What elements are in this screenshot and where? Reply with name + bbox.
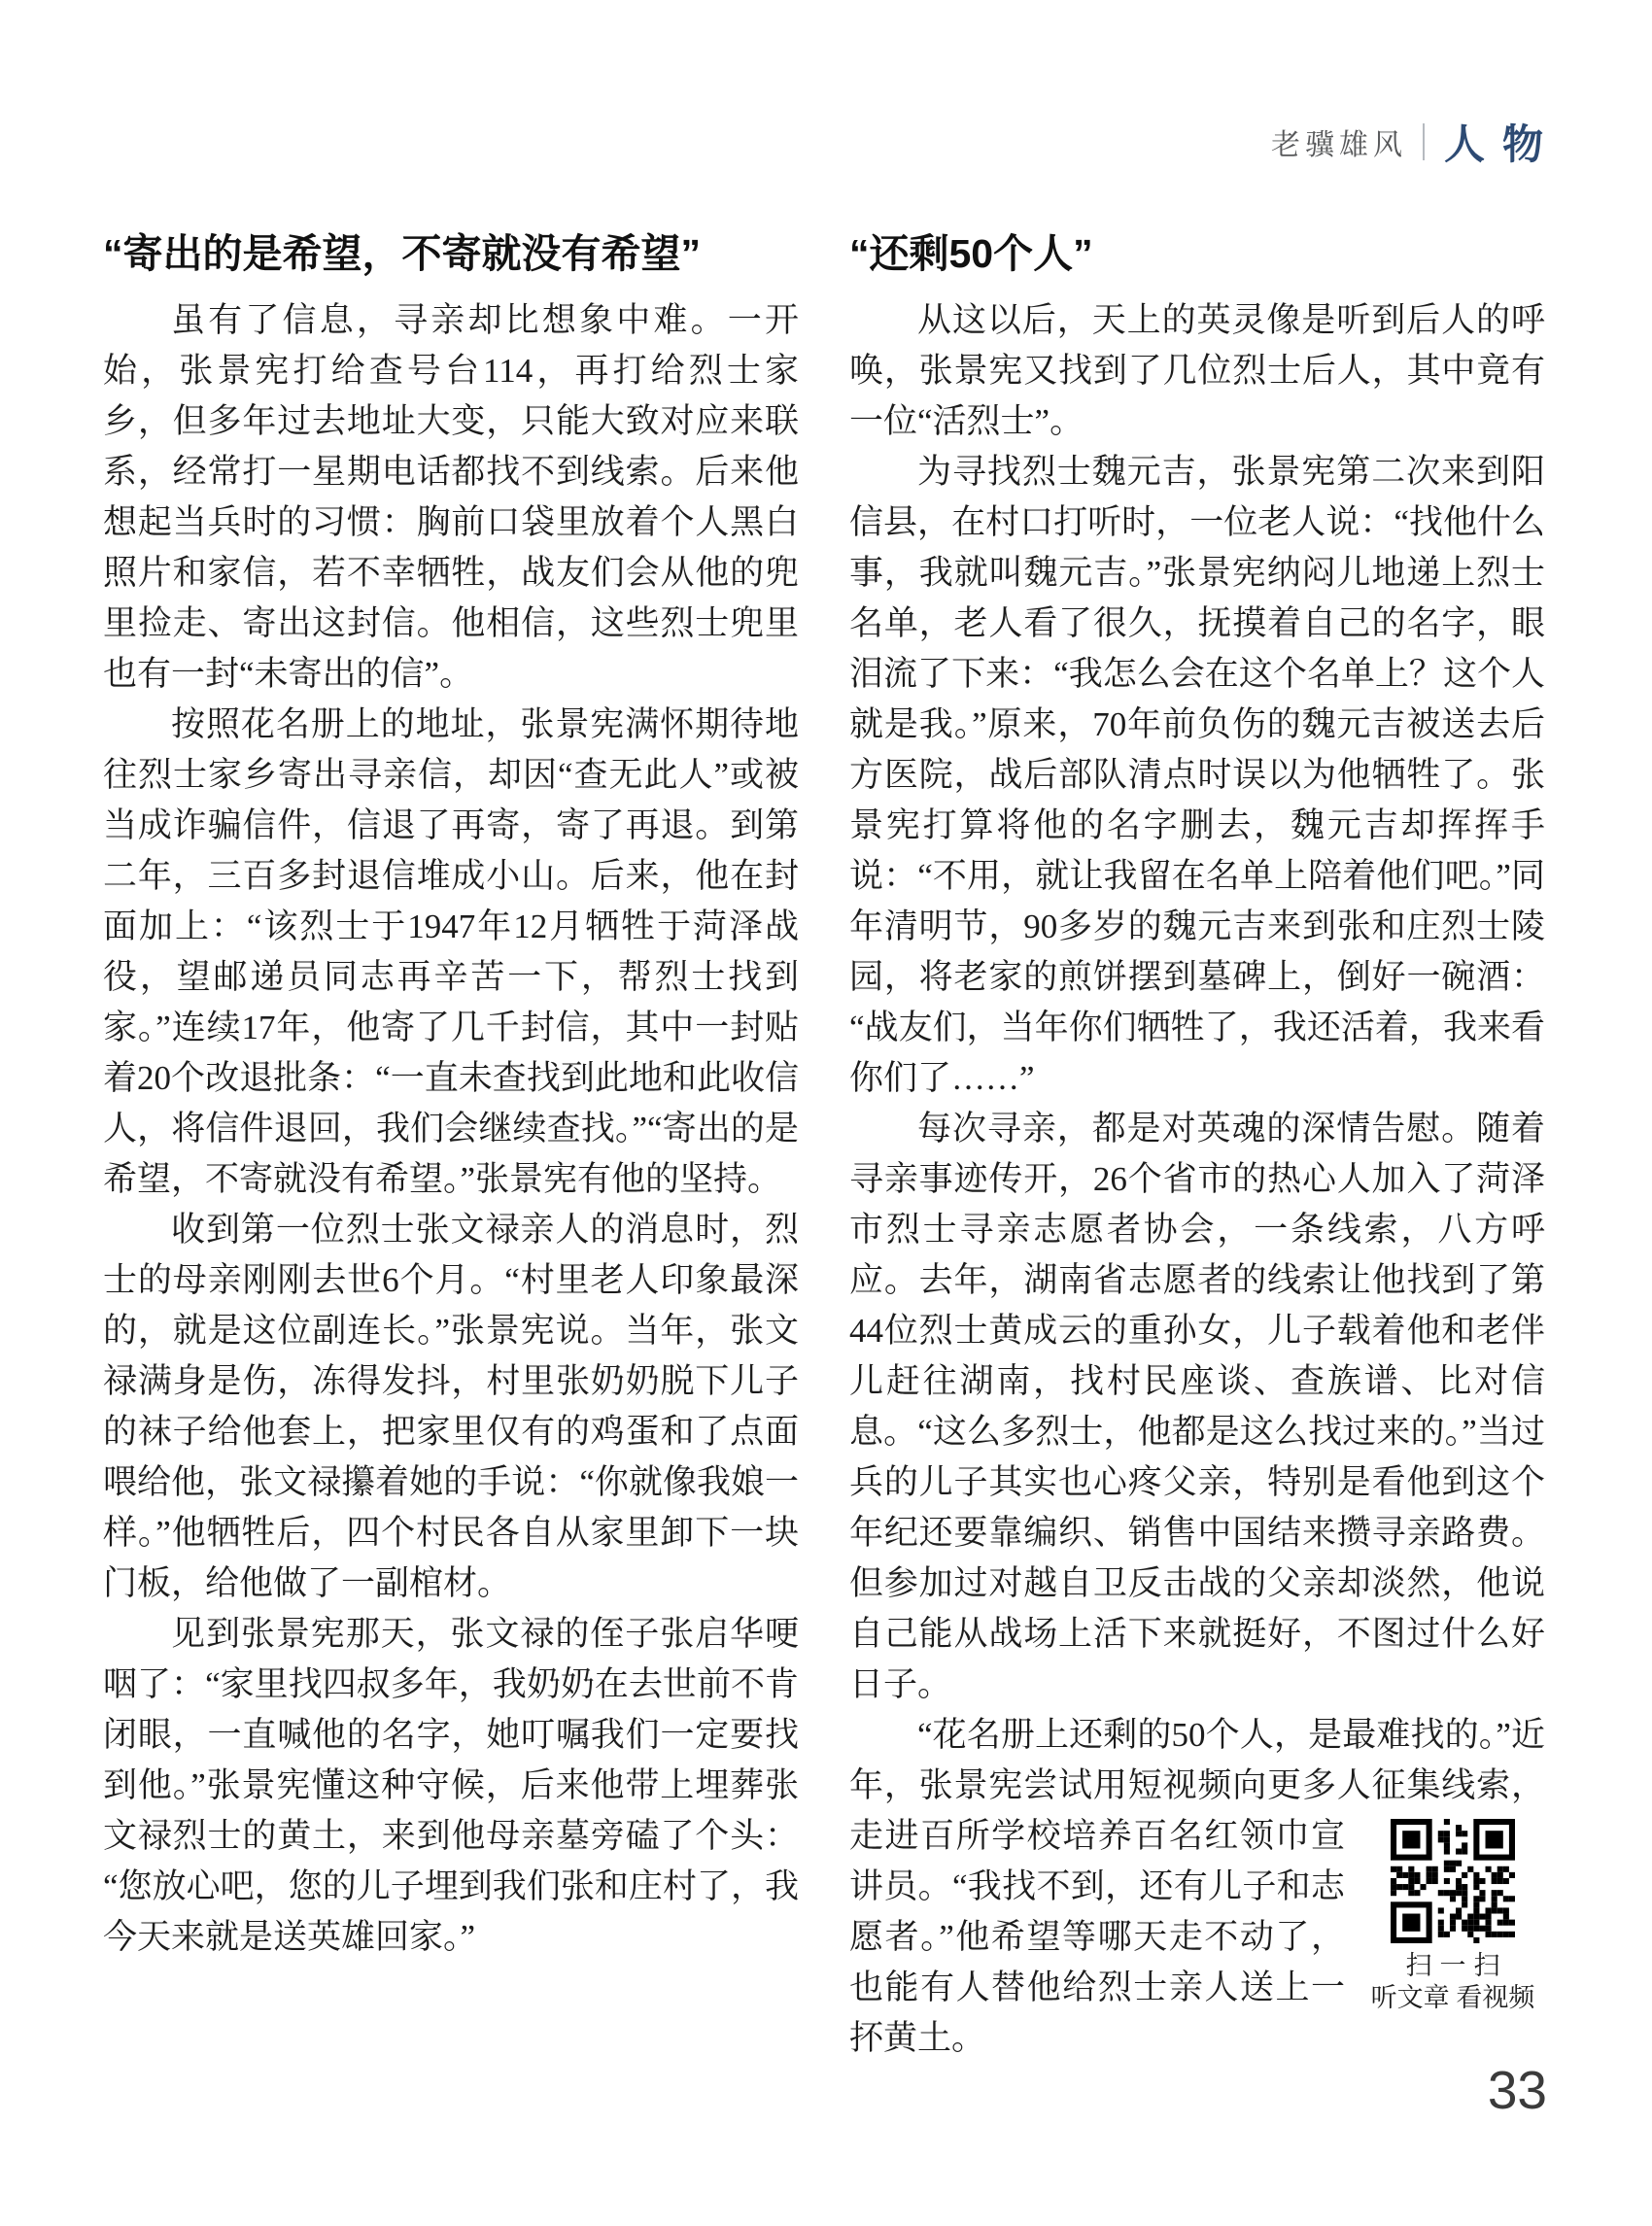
page-header: 老骥雄风 人物 <box>1271 113 1543 171</box>
header-divider <box>1423 123 1425 160</box>
paragraph: 见到张景宪那天，张文禄的侄子张启华哽咽了：“家里找四叔多年，我奶奶在去世前不肯闭… <box>103 1609 799 1963</box>
paragraph-text: 走进百所学校培养百名红领巾宣讲员。“我找不到，还有儿子和志愿者。”他希望等哪天走… <box>849 1817 1345 2057</box>
paragraph: 从这以后，天上的英灵像是听到后人的呼唤，张景宪又找到了几位烈士后人，其中竟有一位… <box>849 295 1545 447</box>
paragraph: 为寻找烈士魏元吉，张景宪第二次来到阳信县，在村口打听时，一位老人说：“找他什么事… <box>849 447 1545 1104</box>
qr-code <box>1391 1819 1515 1943</box>
paragraph: 收到第一位烈士张文禄亲人的消息时，烈士的母亲刚刚去世6个月。“村里老人印象最深的… <box>103 1205 799 1609</box>
qr-caption-actions: 听文章 看视频 <box>1360 1982 1545 2013</box>
magazine-page: 老骥雄风 人物 “寄出的是希望，不寄就没有希望” 虽有了信息，寻亲却比想象中难。… <box>0 0 1652 2226</box>
qr-block: 扫一扫听文章 看视频 <box>1360 1819 1545 2013</box>
paragraph: 每次寻亲，都是对英魂的深情告慰。随着寻亲事迹传开，26个省市的热心人加入了菏泽市… <box>849 1104 1545 1710</box>
paragraph-text: “花名册上还剩的50个人，是最难找的。”近年，张景宪尝试用短视频向更多人征集线索… <box>849 1716 1545 1804</box>
right-column: “还剩50个人” 从这以后，天上的英灵像是听到后人的呼唤，张景宪又找到了几位烈士… <box>849 229 1545 2064</box>
paragraph: “花名册上还剩的50个人，是最难找的。”近年，张景宪尝试用短视频向更多人征集线索… <box>849 1710 1545 2064</box>
right-headline: “还剩50个人” <box>849 229 1545 278</box>
article-body: “寄出的是希望，不寄就没有希望” 虽有了信息，寻亲却比想象中难。一开始，张景宪打… <box>103 229 1545 2064</box>
left-headline: “寄出的是希望，不寄就没有希望” <box>103 229 799 278</box>
paragraph: 按照花名册上的地址，张景宪满怀期待地往烈士家乡寄出寻亲信，却因“查无此人”或被当… <box>103 700 799 1205</box>
qr-caption-scan: 扫一扫 <box>1360 1949 1545 1982</box>
category-name: 人物 <box>1444 113 1561 171</box>
paragraph: 虽有了信息，寻亲却比想象中难。一开始，张景宪打给查号台114，再打给烈士家乡，但… <box>103 295 799 700</box>
page-number: 33 <box>1488 2062 1547 2118</box>
section-name: 老骥雄风 <box>1271 120 1407 163</box>
left-column: “寄出的是希望，不寄就没有希望” 虽有了信息，寻亲却比想象中难。一开始，张景宪打… <box>103 229 799 2064</box>
